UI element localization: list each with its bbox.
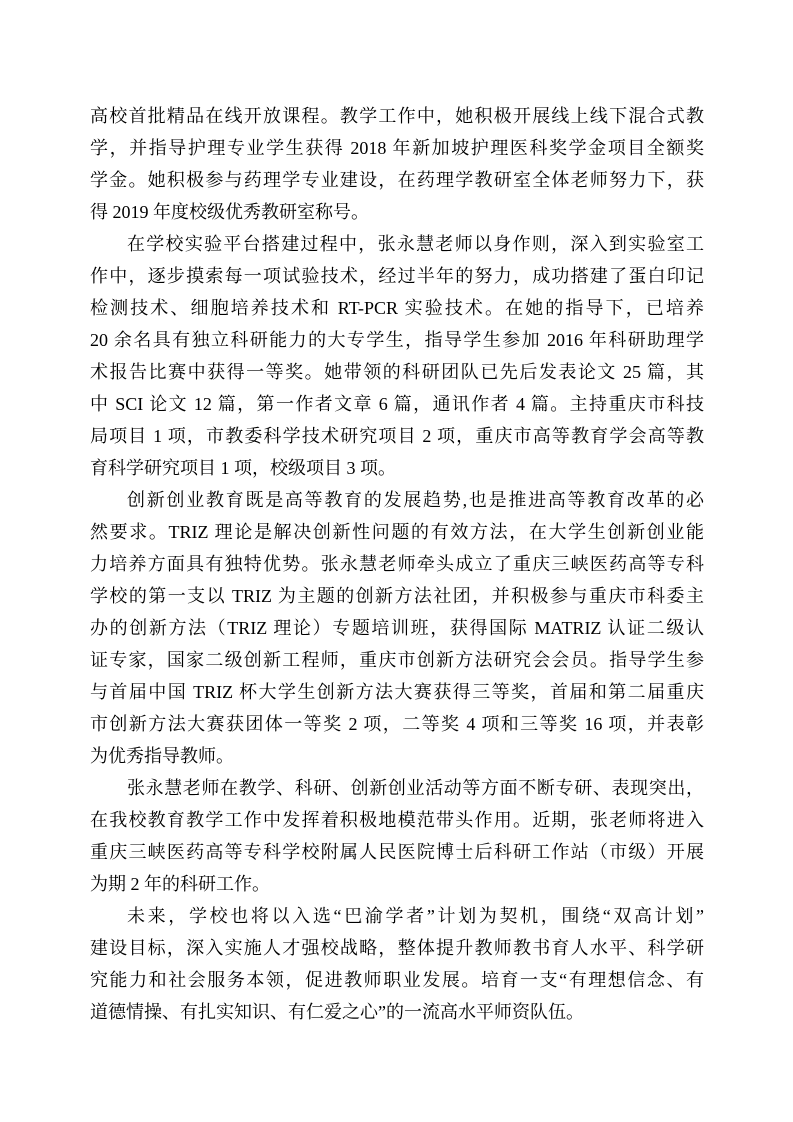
- paragraph-3-line-1: 创新创业教育既是高等教育的发展趋势,也是推进高等教育改革的必: [90, 484, 704, 516]
- paragraph-2-line-1: 在学校实验平台搭建过程中，张永慧老师以身作则，深入到实验室工: [90, 228, 704, 260]
- paragraph-3-line-6: 证专家，国家二级创新工程师，重庆市创新方法研究会会员。指导学生参: [90, 644, 704, 676]
- paragraph-2-line-7: 局项目 1 项，市教委科学技术研究项目 2 项，重庆市高等教育学会高等教: [90, 420, 704, 452]
- paragraph-1-line-2: 学，并指导护理专业学生获得 2018 年新加坡护理医科奖学金项目全额奖: [90, 132, 704, 164]
- paragraph-4-line-1: 张永慧老师在教学、科研、创新创业活动等方面不断专研、表现突出，: [90, 772, 704, 804]
- paragraph-3-line-7: 与首届中国 TRIZ 杯大学生创新方法大赛获得三等奖，首届和第二届重庆: [90, 676, 704, 708]
- paragraph-1-line-1: 高校首批精品在线开放课程。教学工作中，她积极开展线上线下混合式教: [90, 100, 704, 132]
- paragraph-5-line-2: 建设目标，深入实施人才强校战略，整体提升教师教书育人水平、科学研: [90, 932, 704, 964]
- paragraph-2-line-4: 20 余名具有独立科研能力的大专学生，指导学生参加 2016 年科研助理学: [90, 324, 704, 356]
- paragraph-2-line-6: 中 SCI 论文 12 篇，第一作者文章 6 篇，通讯作者 4 篇。主持重庆市科…: [90, 388, 704, 420]
- paragraph-3-line-2: 然要求。TRIZ 理论是解决创新性问题的有效方法，在大学生创新创业能: [90, 516, 704, 548]
- paragraph-2-line-5: 术报告比赛中获得一等奖。她带领的科研团队已先后发表论文 25 篇，其: [90, 356, 704, 388]
- paragraph-1-line-3: 学金。她积极参与药理学专业建设，在药理学教研室全体老师努力下，获: [90, 164, 704, 196]
- paragraph-3-line-9: 为优秀指导教师。: [90, 740, 704, 772]
- paragraph-4-line-4: 为期 2 年的科研工作。: [90, 868, 704, 900]
- paragraph-2-line-8: 育科学研究项目 1 项，校级项目 3 项。: [90, 452, 704, 484]
- paragraph-3-line-8: 市创新方法大赛获团体一等奖 2 项，二等奖 4 项和三等奖 16 项，并表彰: [90, 708, 704, 740]
- paragraph-5-line-3: 究能力和社会服务本领，促进教师职业发展。培育一支“有理想信念、有: [90, 964, 704, 996]
- paragraph-1-line-4: 得 2019 年度校级优秀教研室称号。: [90, 196, 704, 228]
- paragraph-3-line-4: 学校的第一支以 TRIZ 为主题的创新方法社团，并积极参与重庆市科委主: [90, 580, 704, 612]
- paragraph-2-line-2: 作中，逐步摸索每一项试验技术，经过半年的努力，成功搭建了蛋白印记: [90, 260, 704, 292]
- document-page: 高校首批精品在线开放课程。教学工作中，她积极开展线上线下混合式教学，并指导护理专…: [0, 0, 793, 1122]
- document-body-text: 高校首批精品在线开放课程。教学工作中，她积极开展线上线下混合式教学，并指导护理专…: [90, 100, 704, 1028]
- paragraph-4-line-3: 重庆三峡医药高等专科学校附属人民医院博士后科研工作站（市级）开展: [90, 836, 704, 868]
- paragraph-5-line-1: 未来，学校也将以入选“巴渝学者”计划为契机，围绕“双高计划”: [90, 900, 704, 932]
- paragraph-4-line-2: 在我校教育教学工作中发挥着积极地模范带头作用。近期，张老师将进入: [90, 804, 704, 836]
- paragraph-3-line-5: 办的创新方法（TRIZ 理论）专题培训班，获得国际 MATRIZ 认证二级认: [90, 612, 704, 644]
- paragraph-5-line-4: 道德情操、有扎实知识、有仁爱之心”的一流高水平师资队伍。: [90, 996, 704, 1028]
- paragraph-3-line-3: 力培养方面具有独特优势。张永慧老师牵头成立了重庆三峡医药高等专科: [90, 548, 704, 580]
- paragraph-2-line-3: 检测技术、细胞培养技术和 RT-PCR 实验技术。在她的指导下，已培养: [90, 292, 704, 324]
